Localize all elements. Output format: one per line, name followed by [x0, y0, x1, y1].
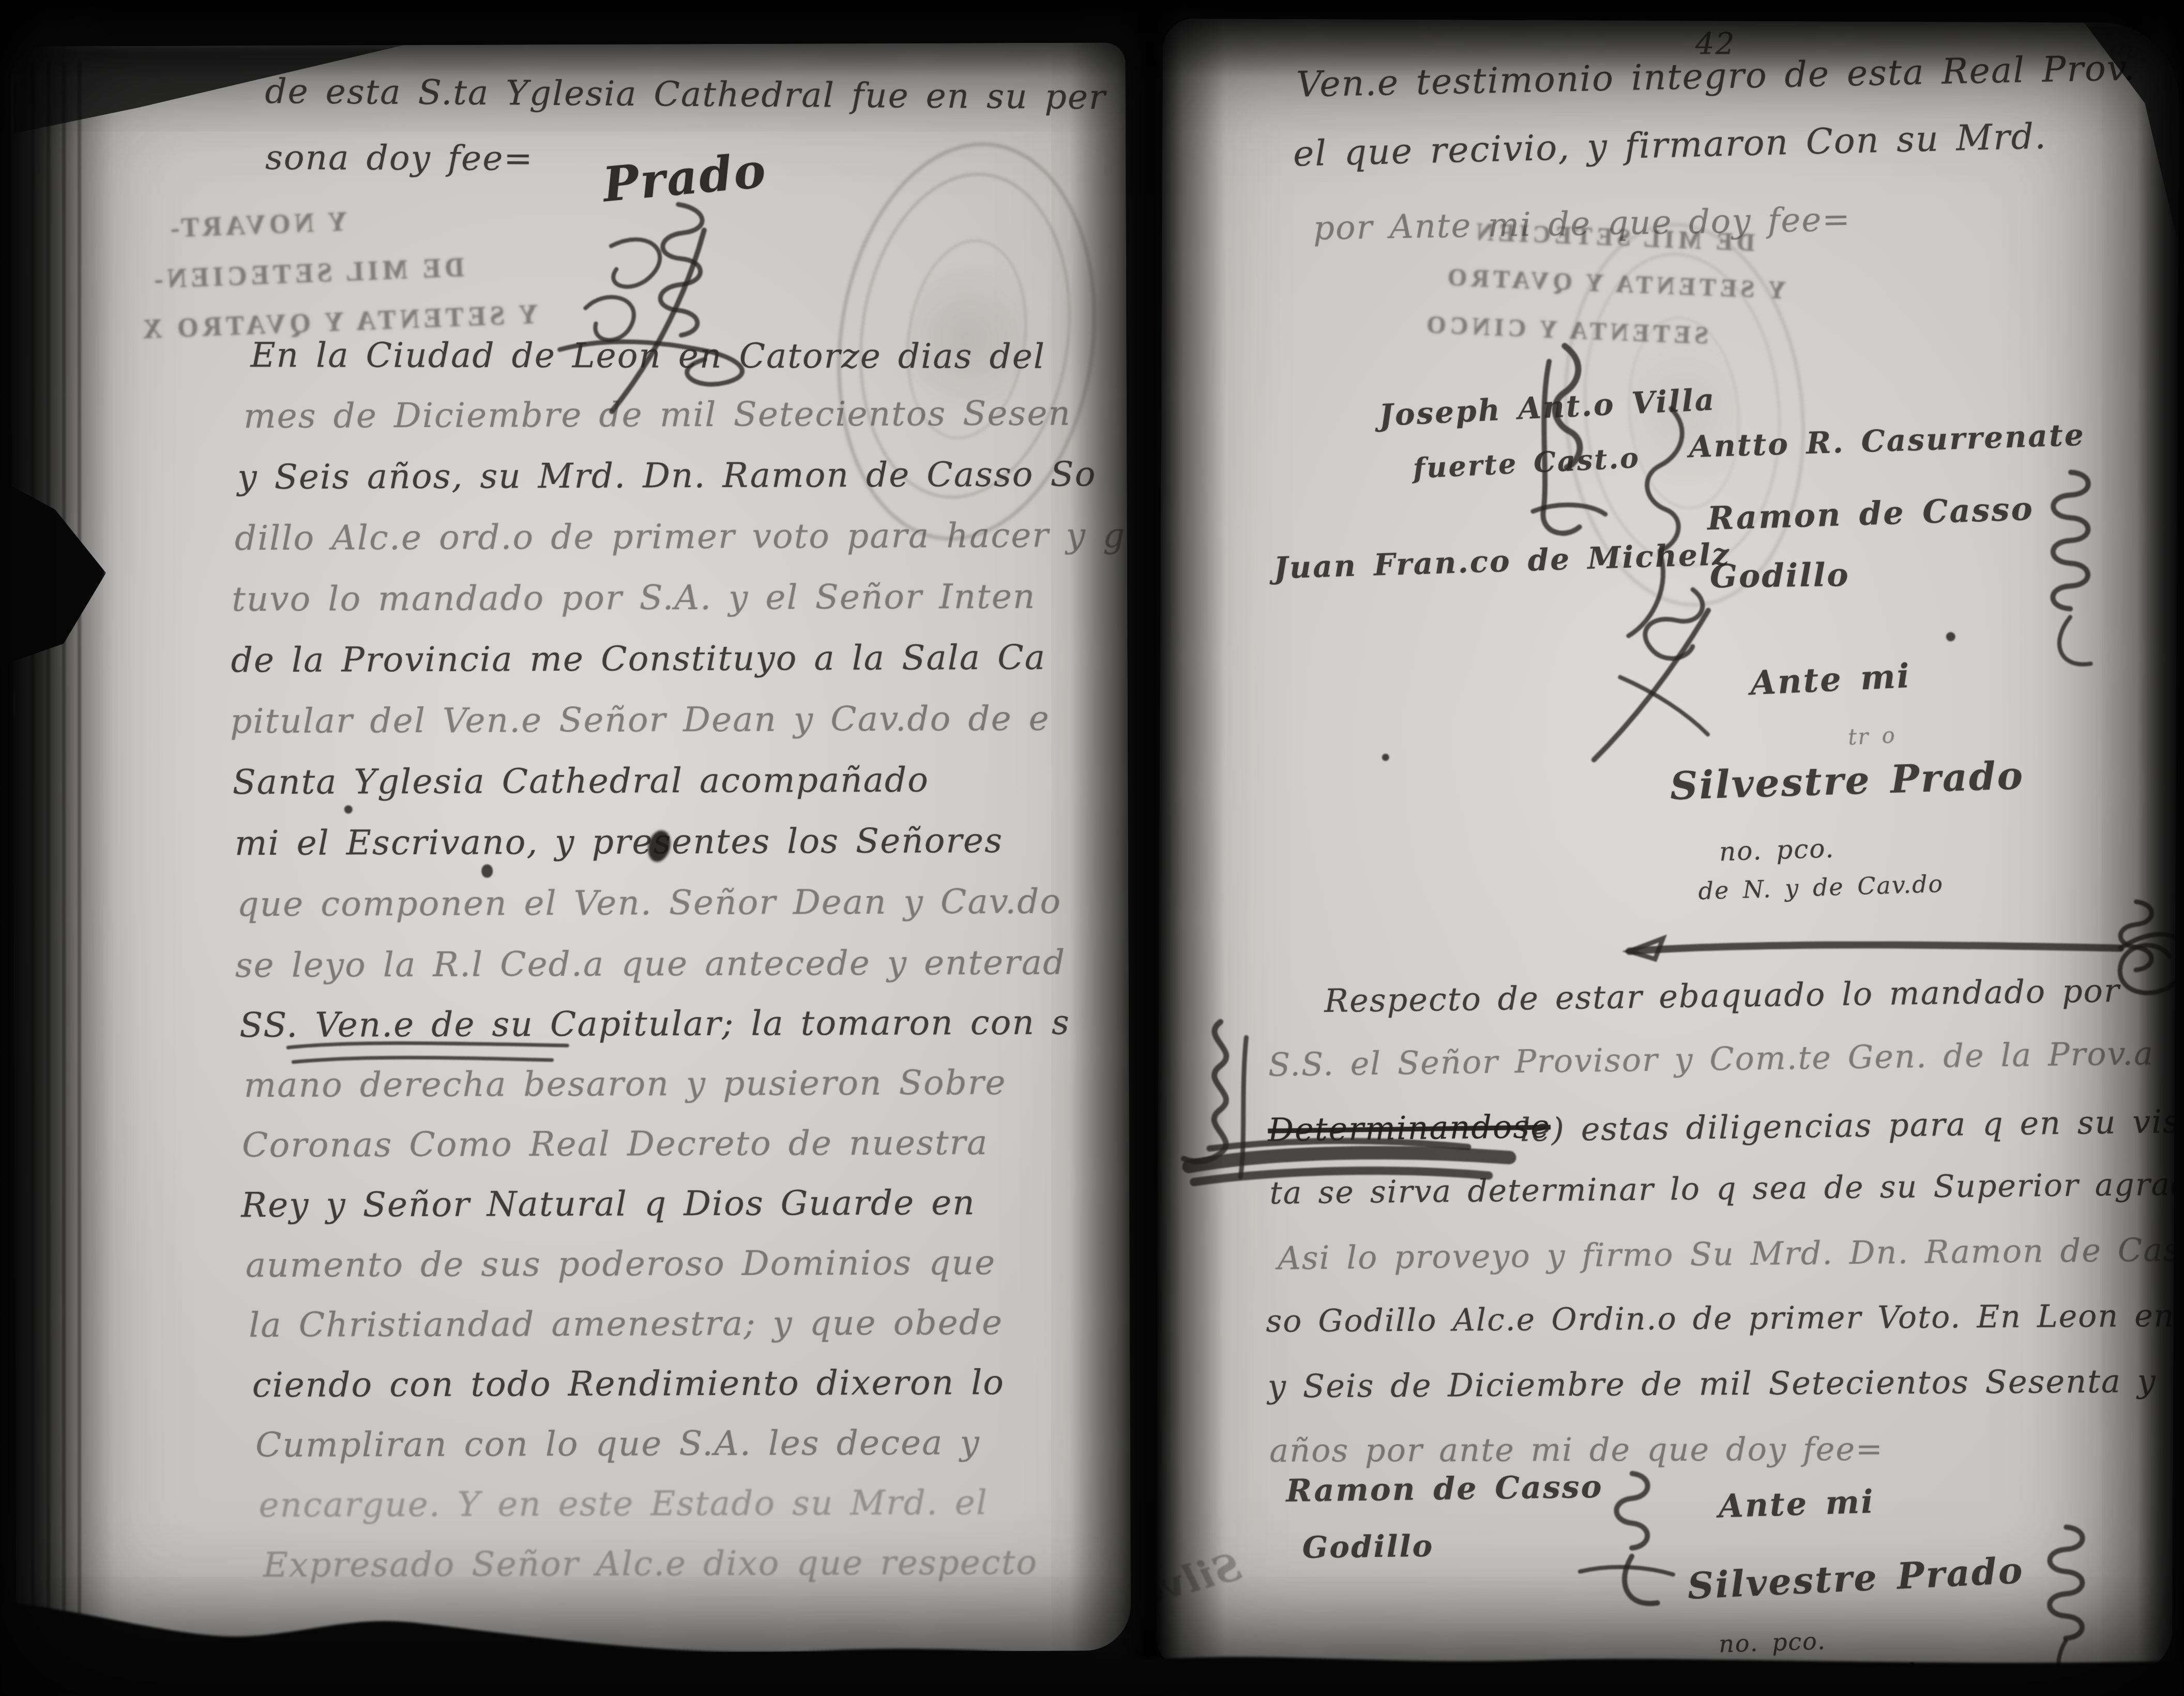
manuscript-line: tuvo lo mandado por S.A. y el Señor Inte… — [232, 577, 1036, 619]
ink-strike-blot-icon — [1178, 1120, 1520, 1209]
manuscript-line: sona doy fee= — [265, 138, 534, 178]
ink-speck — [1946, 632, 1955, 641]
manuscript-line: el que recivio, y firmaron Con su Mrd. — [1293, 116, 2047, 174]
ink-speck — [481, 865, 493, 878]
manuscript-line: so Godillo Alc.e Ordin.o de primer Voto.… — [1266, 1297, 2179, 1340]
manuscript-line: se leyo la R.l Ced.a que antecede y ente… — [235, 943, 1066, 986]
notary-title: no. pco. — [1719, 834, 1835, 867]
attestation-ante-mi: Ante mi — [1750, 657, 1912, 703]
manuscript-line: mi el Escrivano, y presentes los Señores — [235, 821, 1003, 863]
bottom-page-edge — [0, 1541, 2184, 1696]
manuscript-line: S.S. el Señor Provisor y Com.te Gen. de … — [1268, 1034, 2154, 1083]
showthrough-print-line: Y NOVART- — [166, 206, 348, 244]
manuscript-line: encargue. Y en este Estado su Mrd. el — [259, 1482, 988, 1525]
manuscript-line: Cumpliran con lo que S.A. les decea y — [255, 1422, 980, 1465]
manuscript-line: le) estas diligencias para q en su vis — [1520, 1102, 2179, 1149]
attestation-ante-mi: Ante mi — [1718, 1482, 1875, 1525]
manuscript-line: Santa Yglesia Cathedral acompañado — [232, 760, 929, 802]
right-page: 42 au. DE MIL SETECIEN Y SETENTA Y QVATR… — [1156, 19, 2179, 1676]
manuscript-line: Rey y Señor Natural q Dios Guarde en — [241, 1183, 976, 1225]
ink-speck — [344, 805, 353, 813]
manuscript-line: dillo Alc.e ord.o de primer voto para ha… — [235, 515, 1126, 558]
showthrough-print-line: DE MIL SETECIEN- — [149, 252, 465, 295]
manuscript-line: En la Ciudad de Leon en Catorze dias del — [250, 335, 1045, 376]
manuscript-scan: Y NOVART- DE MIL SETECIEN- Y SETENTA Y Q… — [0, 0, 2184, 1696]
underline-scribble-icon — [283, 1036, 572, 1073]
manuscript-line: de la Provincia me Constituyo a la Sala … — [231, 638, 1046, 680]
manuscript-line: y Seis años, su Mrd. Dn. Ramon de Casso … — [237, 454, 1096, 497]
manuscript-line: de esta S.ta Yglesia Cathedral fue en su… — [265, 71, 1106, 117]
prado-signature-rubric-icon — [549, 199, 787, 417]
manuscript-line: años por ante mi de que doy fee= — [1269, 1430, 1884, 1470]
manuscript-line: por Ante mi de que doy fee= — [1313, 201, 1851, 248]
manuscript-line: pitular del Ven.e Señor Dean y Cav.do de… — [230, 699, 1050, 741]
michelz-rubric-icon — [1589, 579, 1724, 765]
manuscript-line: Ven.e testimonio integro de esta Real Pr… — [1296, 48, 2136, 105]
signature-casso-bottom: Ramon de Casso — [1286, 1469, 1603, 1509]
manuscript-line: que componen el Ven. Señor Dean y Cav.do — [237, 882, 1061, 925]
manuscript-line: la Christiandad amenestra; y que obede — [249, 1303, 1003, 1345]
manuscript-line: Asi lo proveyo y firmo Su Mrd. Dn. Ramon… — [1278, 1231, 2179, 1277]
manuscript-line: ciendo con todo Rendimiento dixeron lo — [252, 1362, 1005, 1405]
casso-coil-rubric-icon — [2028, 467, 2117, 674]
notary-superscript: tr o — [1847, 722, 1897, 750]
manuscript-line: y Seis de Diciembre de mil Setecientos S… — [1268, 1361, 2179, 1405]
left-page: Y NOVART- DE MIL SETECIEN- Y SETENTA Y Q… — [11, 42, 1131, 1655]
manuscript-line: aumento de sus poderoso Dominios que — [246, 1243, 996, 1285]
manuscript-line: Coronas Como Real Decreto de nuestra — [242, 1123, 989, 1165]
manuscript-line: mes de Diciembre de mil Setecientos Sese… — [244, 393, 1071, 436]
ink-speck — [1382, 754, 1389, 761]
